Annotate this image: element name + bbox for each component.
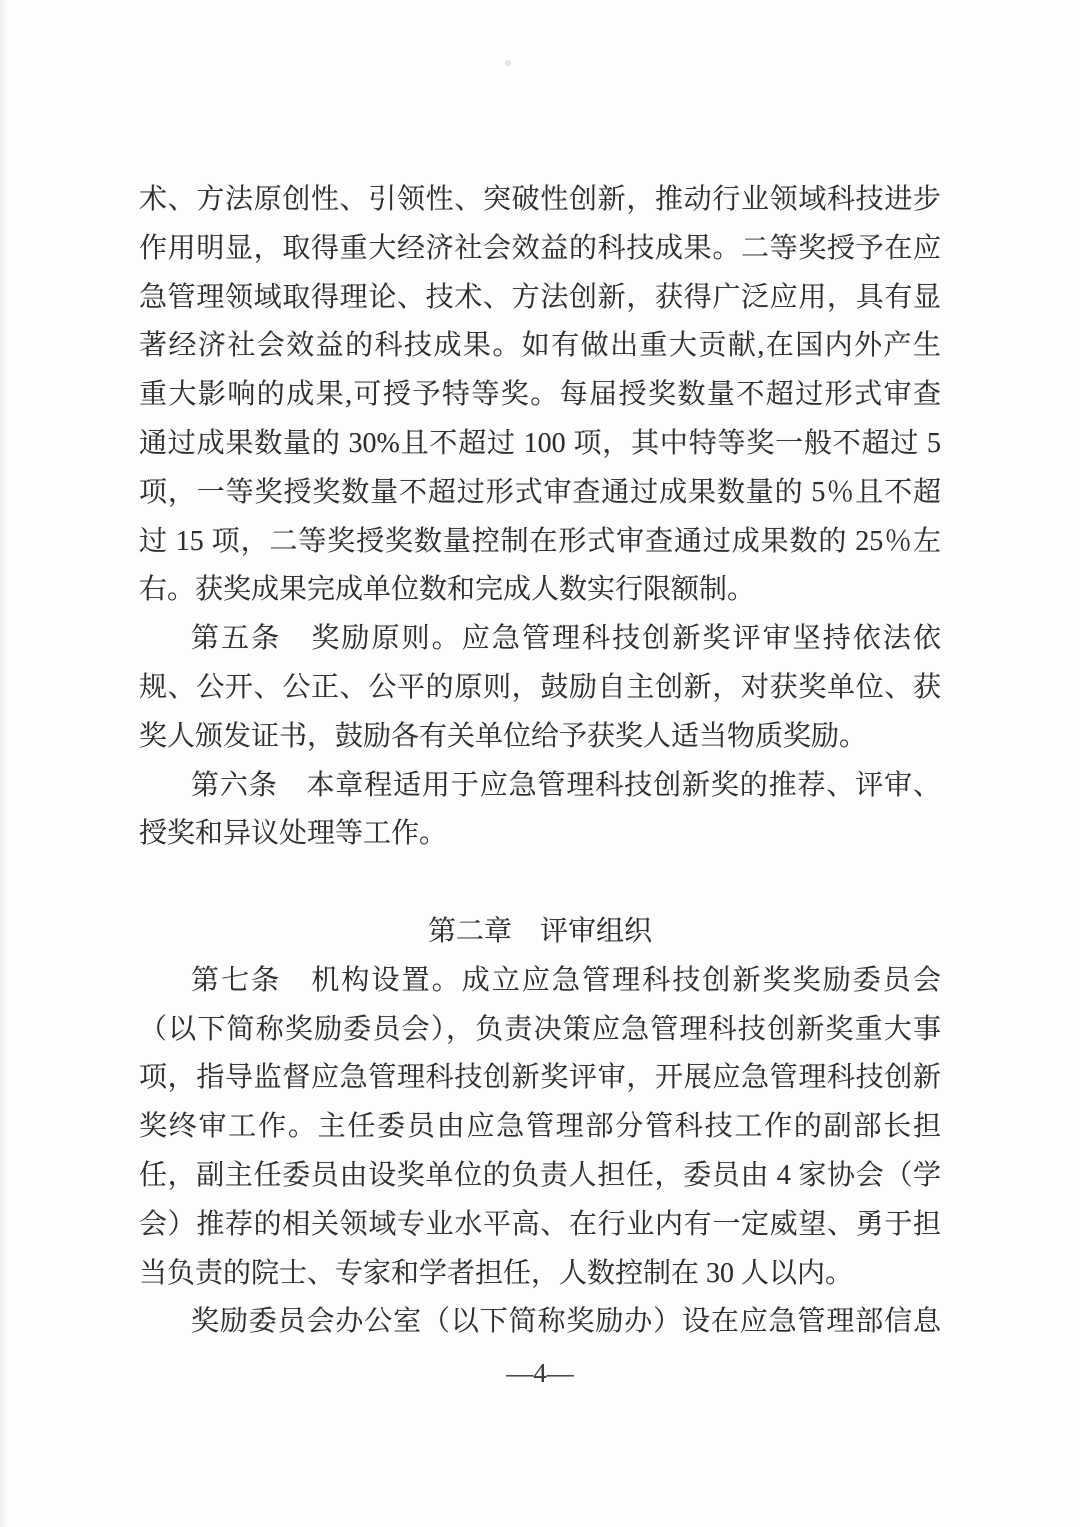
page-number: —4— bbox=[0, 1349, 1080, 1397]
text-line: 第六条 本章程适用于应急管理科技创新奖的推荐、评审、 bbox=[139, 762, 941, 811]
text-line: 术、方法原创性、引领性、突破性创新，推动行业领域科技进步 bbox=[139, 176, 941, 225]
text-line: 奖终审工作。主任委员由应急管理部分管科技工作的副部长担 bbox=[139, 1103, 941, 1152]
text-line: 项，一等奖授奖数量不超过形式审查通过成果数量的 5％且不超 bbox=[139, 469, 941, 518]
document-page: 术、方法原创性、引领性、突破性创新，推动行业领域科技进步 作用明显，取得重大经济… bbox=[0, 0, 1080, 1527]
text-line: 作用明显，取得重大经济社会效益的科技成果。二等奖授予在应 bbox=[139, 225, 941, 274]
text-line: 急管理领域取得理论、技术、方法创新，获得广泛应用，具有显 bbox=[139, 274, 941, 323]
text-line: （以下简称奖励委员会），负责决策应急管理科技创新奖重大事 bbox=[139, 1006, 941, 1055]
chapter-heading: 第二章 评审组织 bbox=[139, 908, 941, 957]
scan-edge-shadow bbox=[0, 0, 8, 1527]
text-line: 奖励委员会办公室（以下简称奖励办）设在应急管理部信息 bbox=[139, 1298, 941, 1347]
text-line: 规、公开、公正、公平的原则，鼓励自主创新，对获奖单位、获 bbox=[139, 664, 941, 713]
text-line: 第七条 机构设置。成立应急管理科技创新奖奖励委员会 bbox=[139, 957, 941, 1006]
text-line: 会）推荐的相关领域专业水平高、在行业内有一定威望、勇于担 bbox=[139, 1201, 941, 1250]
text-line: 重大影响的成果,可授予特等奖。每届授奖数量不超过形式审查 bbox=[139, 371, 941, 420]
text-line: 右。获奖成果完成单位数和完成人数实行限额制。 bbox=[139, 566, 941, 615]
text-line: 通过成果数量的 30%且不超过 100 项，其中特等奖一般不超过 5 bbox=[139, 420, 941, 469]
text-line: 奖人颁发证书，鼓励各有关单位给予获奖人适当物质奖励。 bbox=[139, 713, 941, 762]
body-text: 术、方法原创性、引领性、突破性创新，推动行业领域科技进步 作用明显，取得重大经济… bbox=[139, 176, 941, 1347]
text-line: 授奖和异议处理等工作。 bbox=[139, 810, 941, 859]
text-line: 任，副主任委员由设奖单位的负责人担任，委员由 4 家协会（学 bbox=[139, 1152, 941, 1201]
scan-speck bbox=[505, 60, 511, 66]
text-line: 项，指导监督应急管理科技创新奖评审，开展应急管理科技创新 bbox=[139, 1054, 941, 1103]
text-line: 当负责的院士、专家和学者担任，人数控制在 30 人以内。 bbox=[139, 1250, 941, 1299]
text-line: 著经济社会效益的科技成果。如有做出重大贡献,在国内外产生 bbox=[139, 322, 941, 371]
text-line: 过 15 项，二等奖授奖数量控制在形式审查通过成果数的 25％左 bbox=[139, 518, 941, 567]
blank-line bbox=[139, 859, 941, 908]
text-line: 第五条 奖励原则。应急管理科技创新奖评审坚持依法依 bbox=[139, 615, 941, 664]
